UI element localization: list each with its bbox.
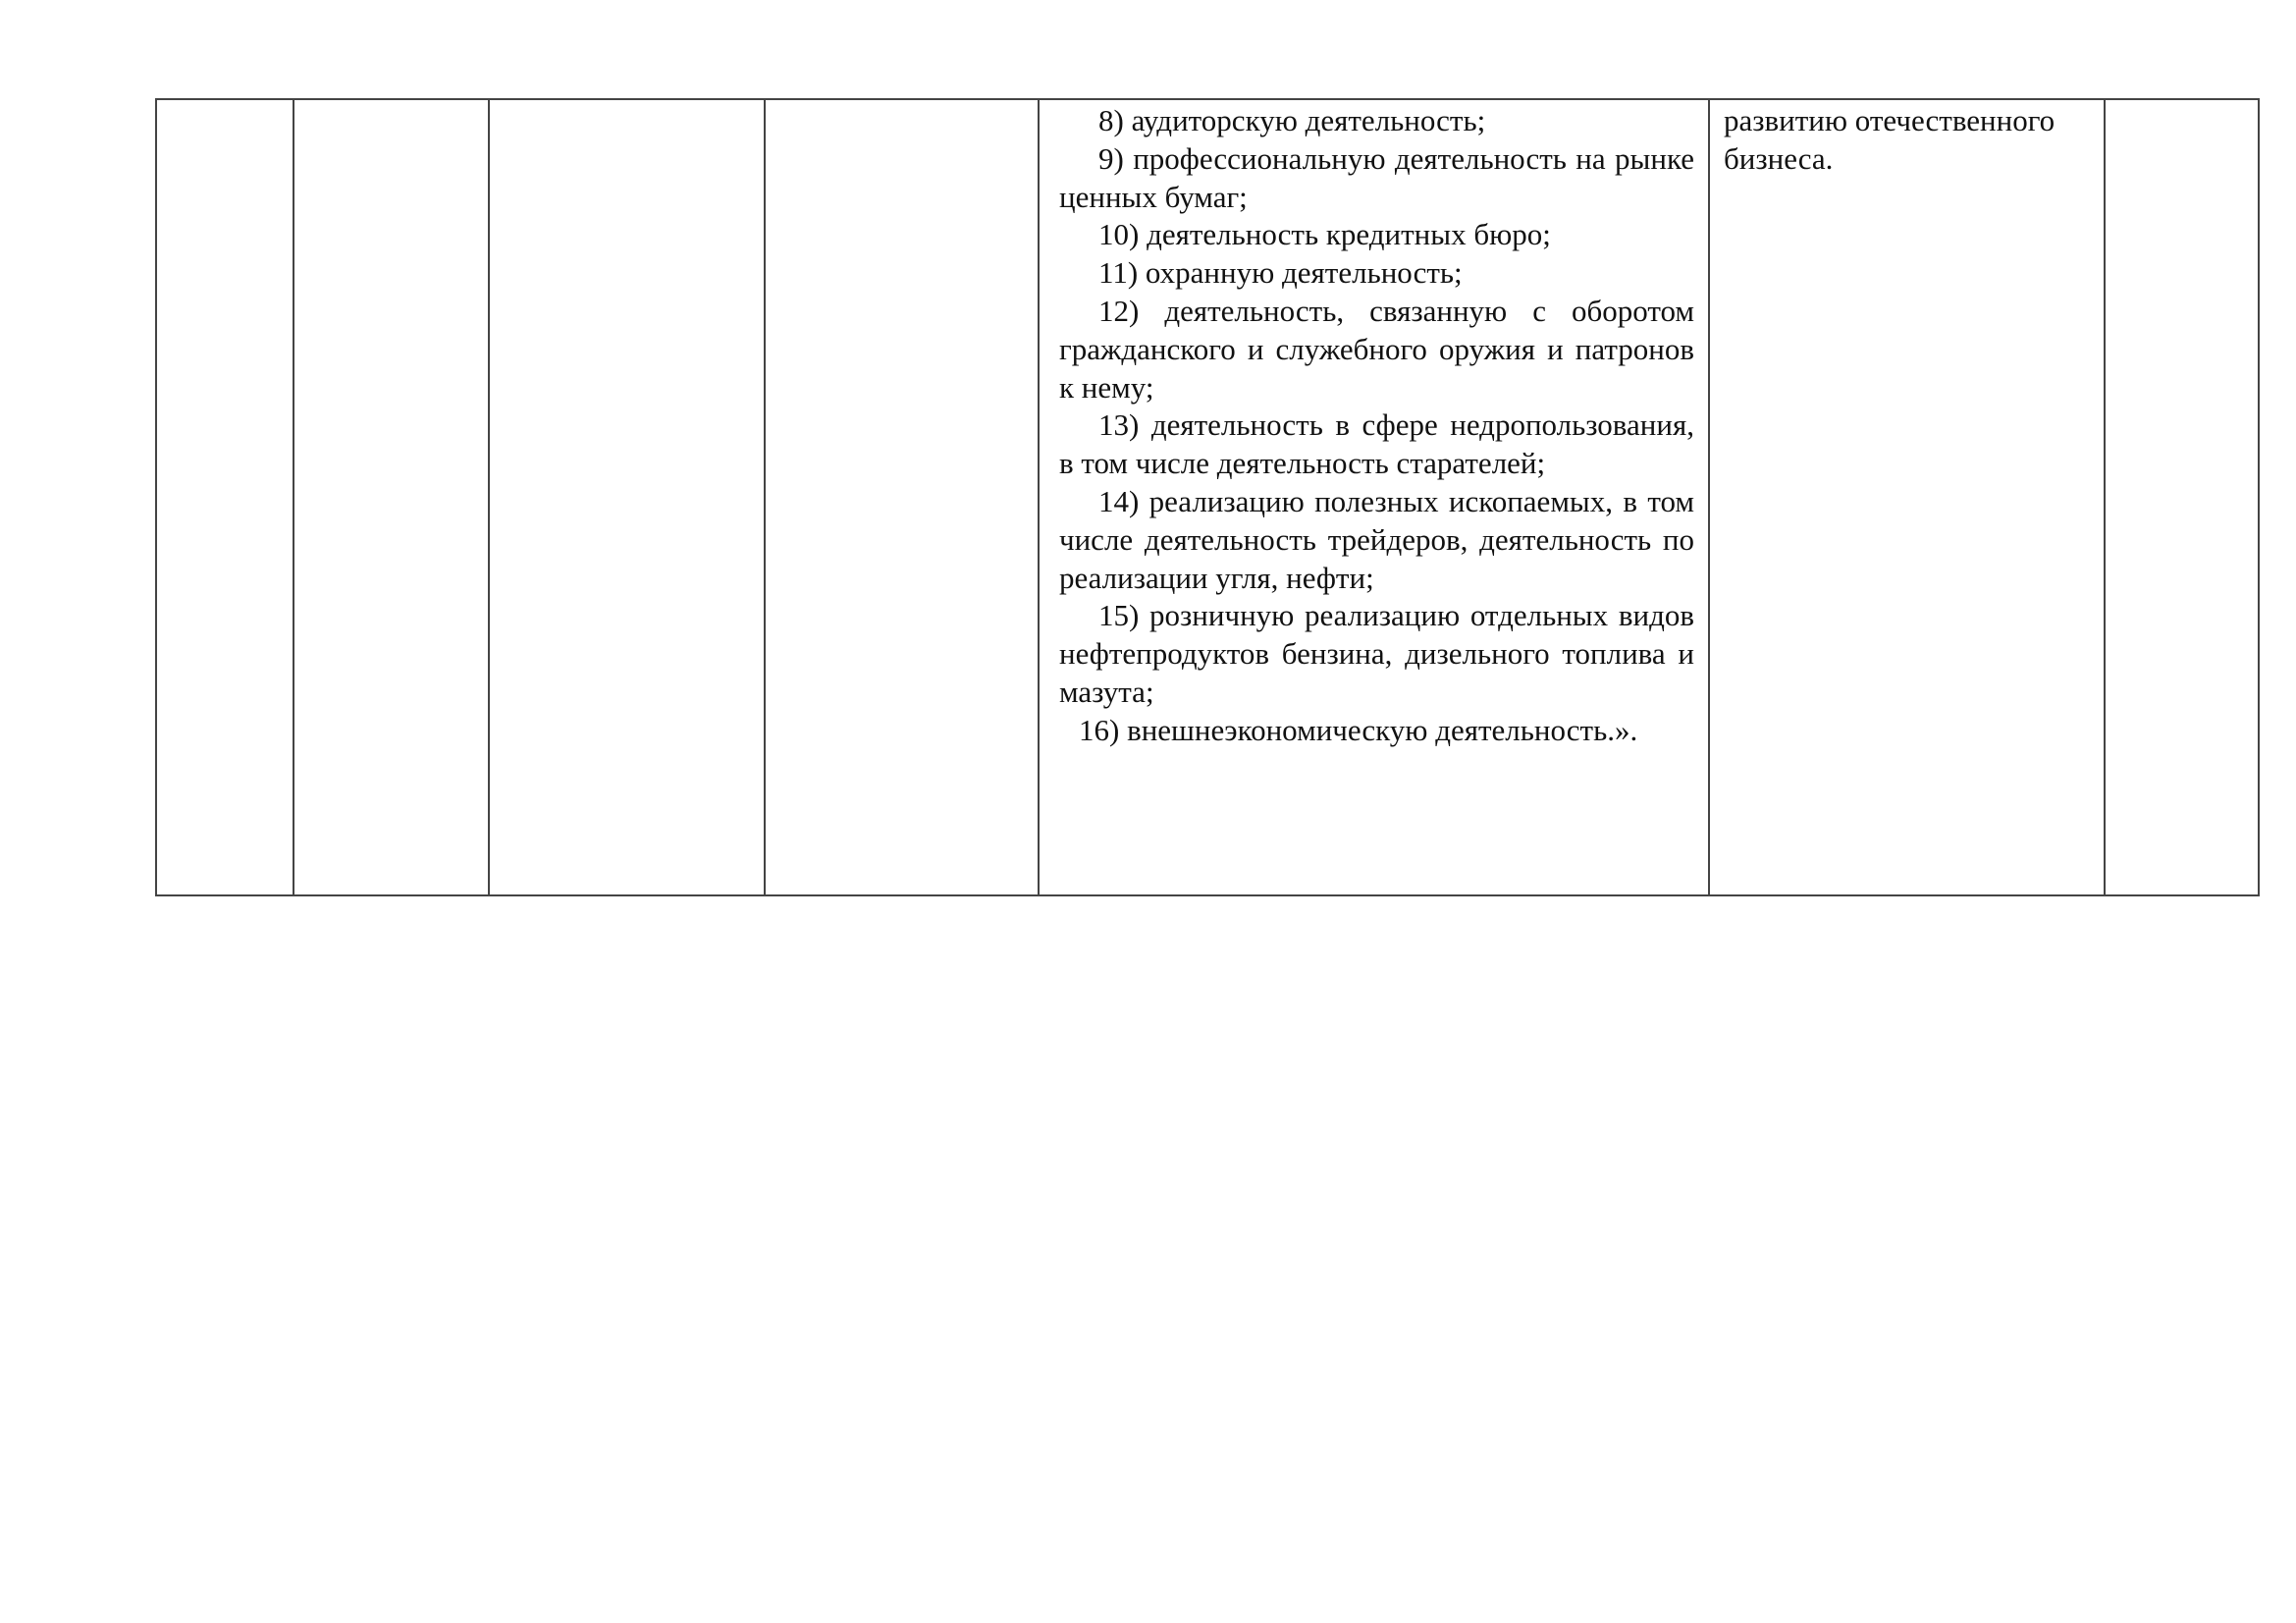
note-paragraph: развитию отечественного бизнеса.	[1724, 102, 2094, 179]
table-cell-empty-7	[2105, 99, 2259, 895]
note-cell: развитию отечественного бизнеса.	[1709, 99, 2105, 895]
list-item: 12) деятельность, связанную с оборотом г…	[1059, 293, 1694, 406]
activity-list-cell: 8) аудиторскую деятельность; 9) професси…	[1039, 99, 1709, 895]
list-item: 8) аудиторскую деятельность;	[1059, 102, 1694, 140]
table-cell-empty-1	[156, 99, 294, 895]
note-text: развитию отечественного бизнеса.	[1710, 100, 2104, 179]
table-cell-empty-2	[294, 99, 489, 895]
activity-list: 8) аудиторскую деятельность; 9) професси…	[1040, 100, 1708, 750]
list-item: 10) деятельность кредитных бюро;	[1059, 216, 1694, 254]
document-table: 8) аудиторскую деятельность; 9) професси…	[155, 98, 2260, 896]
list-item: 15) розничную реализацию отдельных видов…	[1059, 597, 1694, 711]
list-item: 14) реализацию полезных ископаемых, в то…	[1059, 483, 1694, 597]
list-item: 13) деятельность в сфере недропользовани…	[1059, 406, 1694, 483]
list-item: 11) охранную деятельность;	[1059, 254, 1694, 293]
table-cell-empty-3	[489, 99, 765, 895]
list-item: 9) профессиональную деятельность на рынк…	[1059, 140, 1694, 217]
table-cell-empty-4	[765, 99, 1039, 895]
list-item-last: 16) внешнеэкономическую деятельность.».	[1040, 712, 1694, 750]
table-row: 8) аудиторскую деятельность; 9) професси…	[156, 99, 2259, 895]
